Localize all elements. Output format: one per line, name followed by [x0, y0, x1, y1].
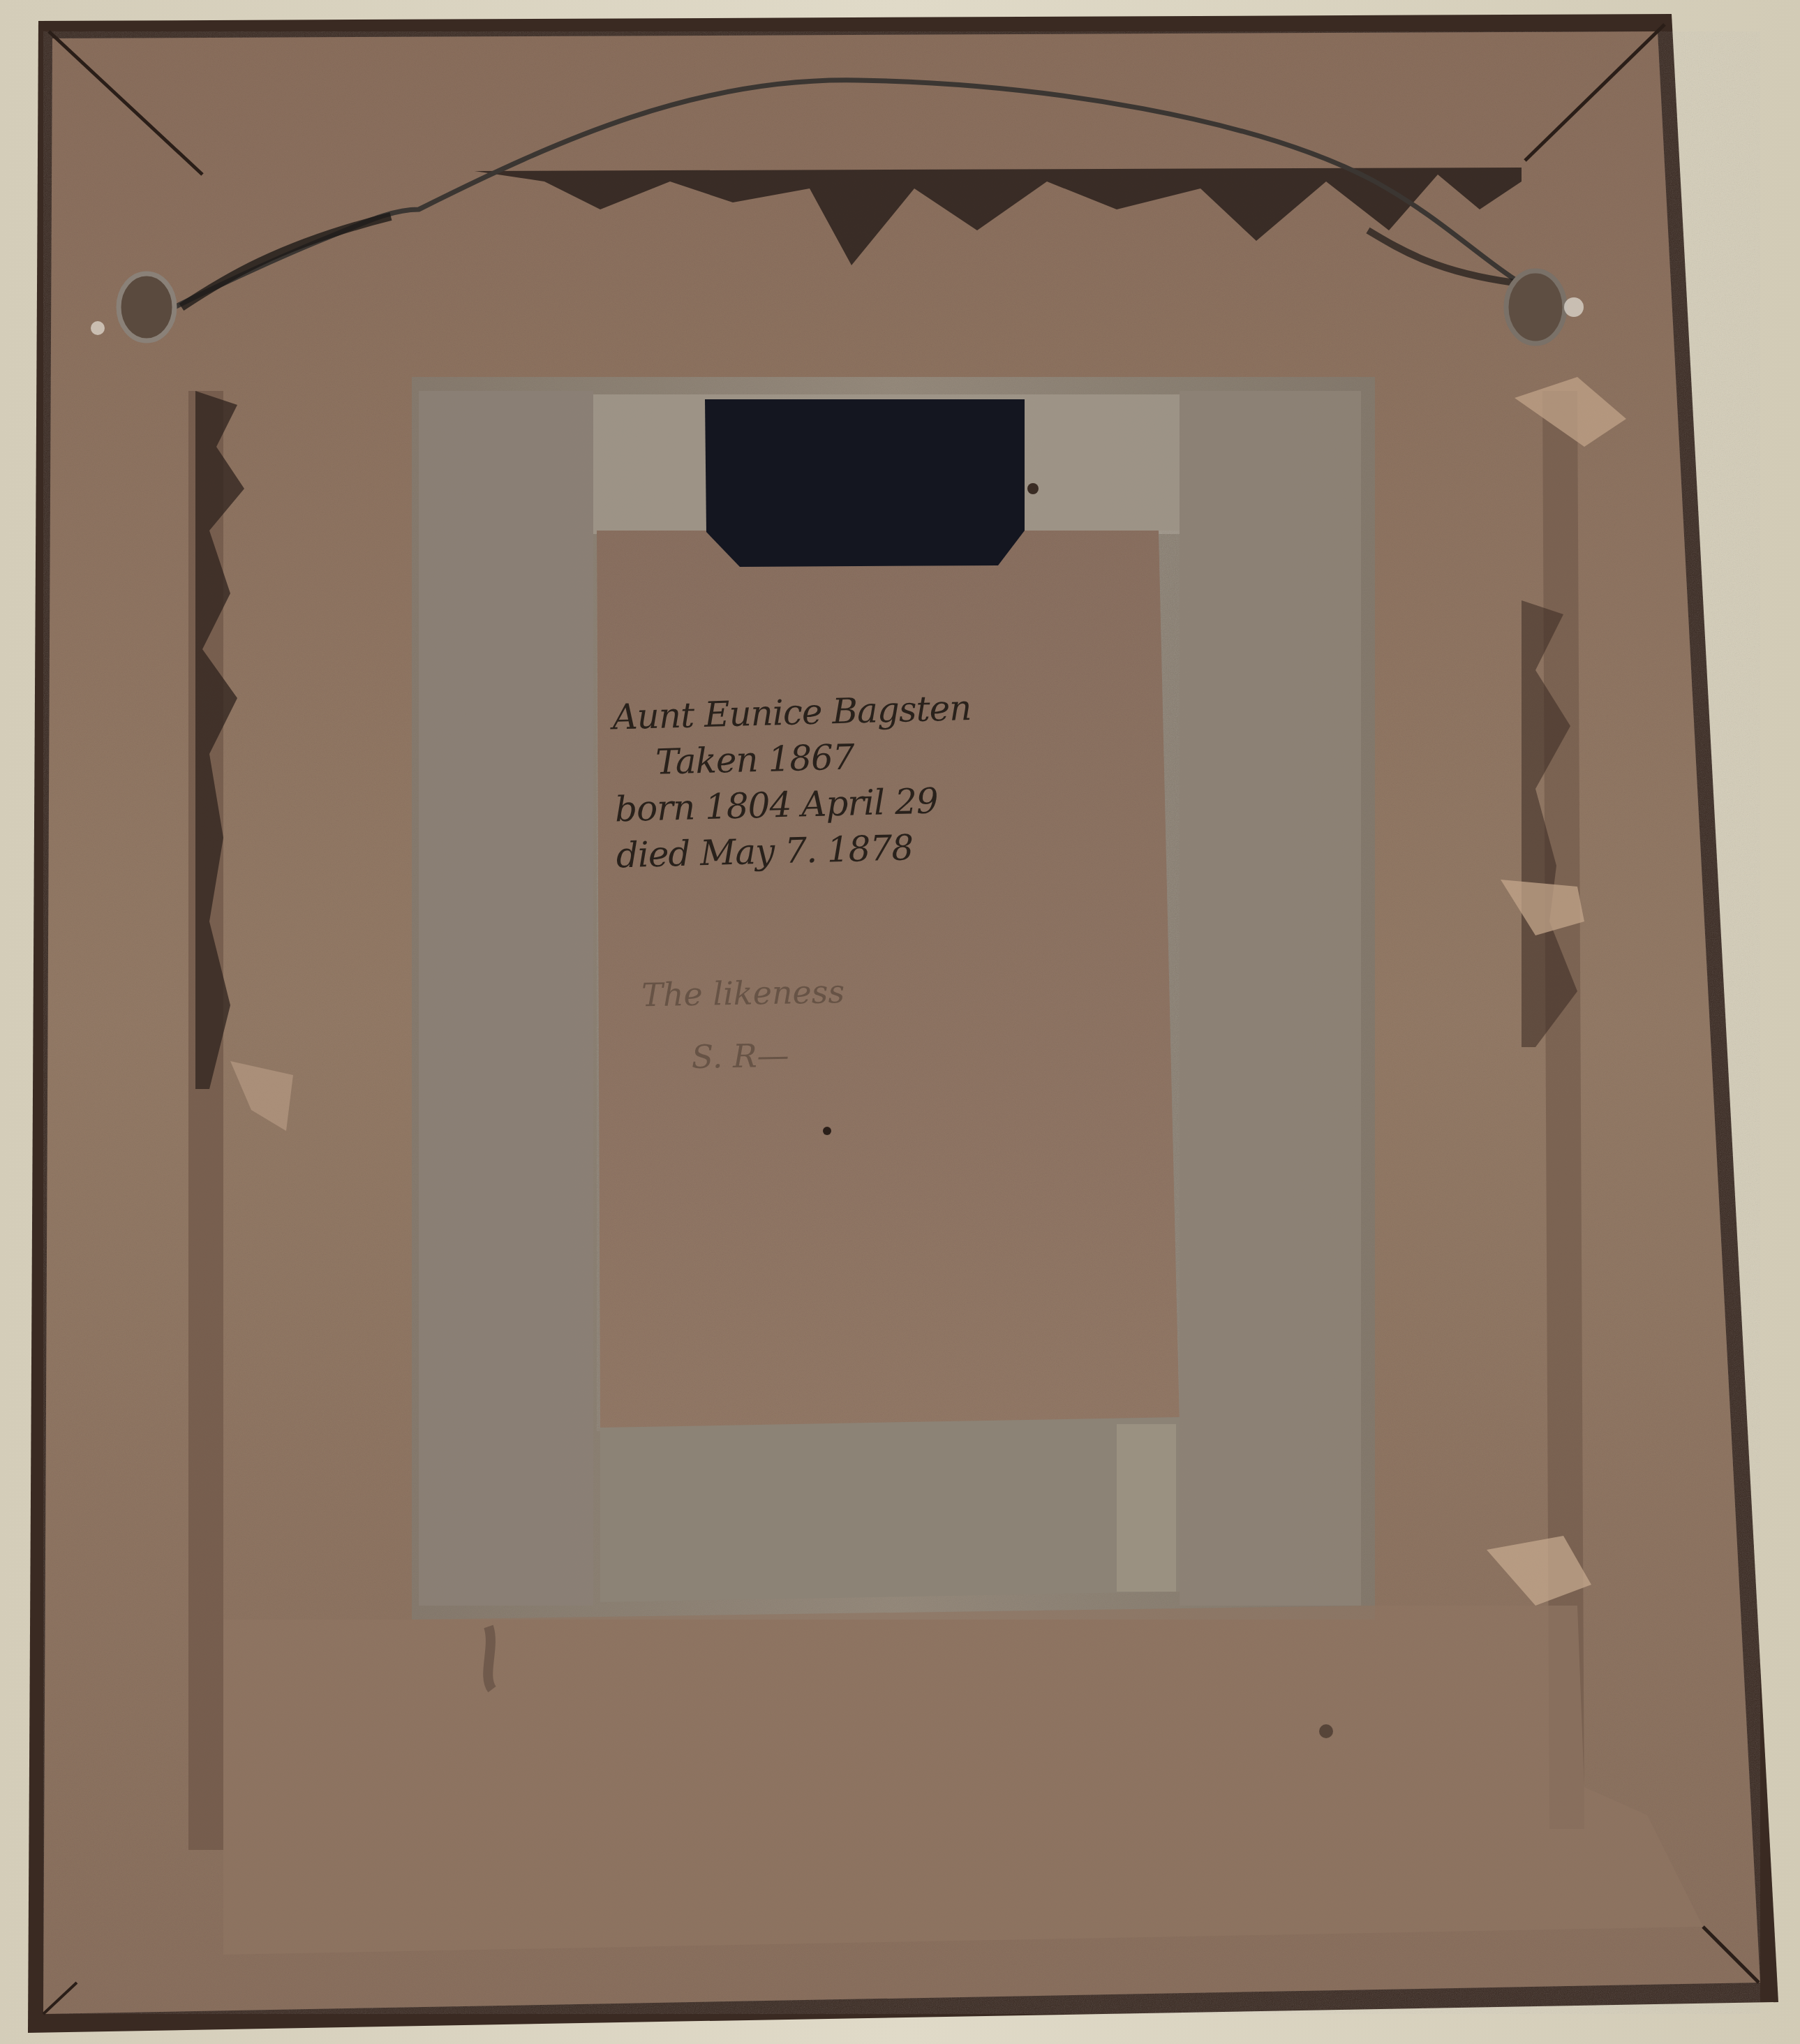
pencil-line-2: S. R—: [642, 1019, 1062, 1089]
hanging-ring-left: [119, 274, 174, 341]
handwritten-inscription: Aunt Eunice Bagsten Taken 1867 born 1804…: [612, 681, 1120, 879]
tape-strip-left: [419, 391, 593, 1606]
pencil-line-1: The likeness: [641, 956, 1060, 1026]
dark-window: [705, 399, 1025, 567]
tape-bottom: [600, 1417, 1180, 1602]
photo-scene: Aunt Eunice Bagsten Taken 1867 born 1804…: [0, 0, 1800, 2044]
faint-pencil-note: The likeness S. R—: [641, 956, 1062, 1089]
tape-strip-right: [1180, 391, 1361, 1606]
hanging-ring-right: [1506, 271, 1565, 343]
